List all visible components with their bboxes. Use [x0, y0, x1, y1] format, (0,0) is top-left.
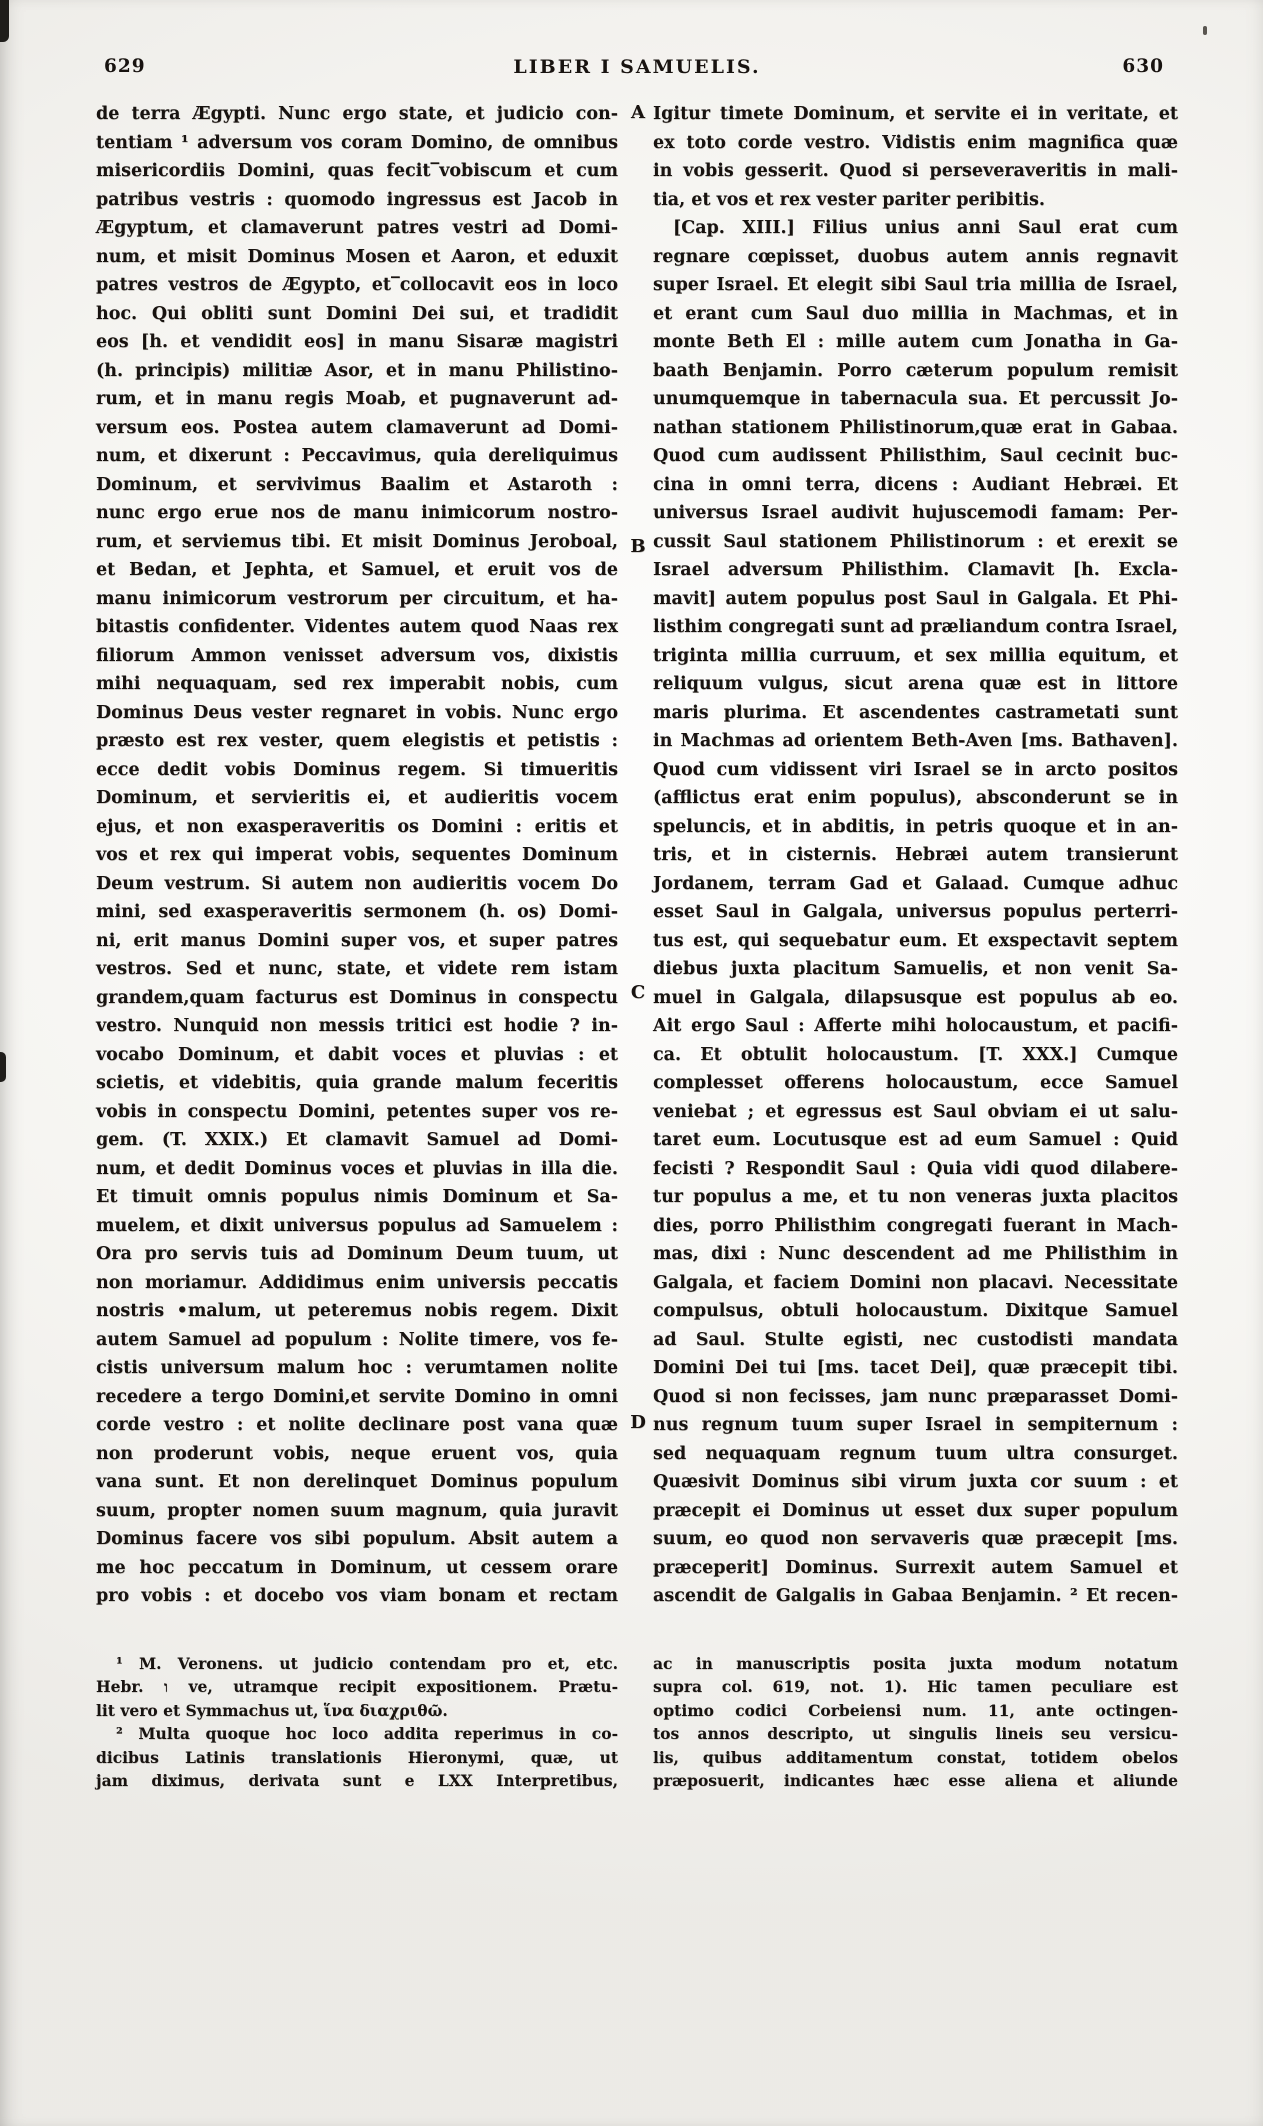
text-line: muel in Galgala, dilapsusque est populus… — [653, 984, 1178, 1013]
text-line: Quod si non fecisses, jam nunc præparass… — [653, 1383, 1178, 1412]
text-line: veniebat ; et egressus est Saul obviam e… — [653, 1098, 1178, 1127]
running-title: LIBER I SAMUELIS. — [96, 56, 1178, 78]
text-line: supra col. 619, not. 1). Hic tamen pecul… — [653, 1675, 1178, 1698]
text-line: præcepit ei Dominus ut esset dux super p… — [653, 1497, 1178, 1526]
text-line: nostris •malum, ut peteremus nobis regem… — [96, 1297, 618, 1326]
text-line: ecce dedit vobis Dominus regem. Si timue… — [96, 756, 618, 785]
column-number-right: 630 — [1122, 56, 1164, 77]
text-line: mini, sed exasperaveritis sermonem (h. o… — [96, 898, 618, 927]
text-line: num, et misit Dominus Mosen et Aaron, et… — [96, 243, 618, 272]
left-footnote-block: ¹ M. Veronens. ut judicio contendam pro … — [96, 1652, 618, 1792]
text-line: Quod cum vidissent viri Israel se in arc… — [653, 756, 1178, 785]
page-header: 629 LIBER I SAMUELIS. 630 — [96, 56, 1178, 86]
right-text-column: Igitur timete Dominum, et servite ei in … — [653, 100, 1178, 1611]
text-line: Galgala, et faciem Domini non placavi. N… — [653, 1269, 1178, 1298]
left-text-column: de terra Ægypti. Nunc ergo state, et jud… — [96, 100, 618, 1611]
text-line: recedere a tergo Domini,et servite Domin… — [96, 1383, 618, 1412]
text-line: vos et rex qui imperat vobis, sequentes … — [96, 841, 618, 870]
text-line: versum eos. Postea autem clamaverunt ad … — [96, 414, 618, 443]
text-line: lis, quibus additamentum constat, totide… — [653, 1746, 1178, 1769]
text-line: ² Multa quoque hoc loco addita reperimus… — [96, 1722, 618, 1745]
text-line: tia, et vos et rex vester pariter peribi… — [653, 186, 1178, 215]
text-line: taret eum. Locutusque est ad eum Samuel … — [653, 1126, 1178, 1155]
text-line: misericordiis Domini, quas fecit‾vobiscu… — [96, 157, 618, 186]
text-line: diebus juxta placitum Samuelis, et non v… — [653, 955, 1178, 984]
text-line: nus regnum tuum super Israel in sempiter… — [653, 1411, 1178, 1440]
text-line: non proderunt vobis, neque eruent vos, q… — [96, 1440, 618, 1469]
text-line: autem Samuel ad populum : Nolite timere,… — [96, 1326, 618, 1355]
right-footnote-block: ac in manuscriptis posita juxta modum no… — [653, 1652, 1178, 1792]
book-page-scan: 629 LIBER I SAMUELIS. 630 de terra Ægypt… — [0, 0, 1263, 2126]
text-line: in Machmas ad orientem Beth-Aven [ms. Ba… — [653, 727, 1178, 756]
text-line: vana sunt. Et non derelinquet Dominus po… — [96, 1468, 618, 1497]
text-line: vestro. Nunquid non messis tritici est h… — [96, 1012, 618, 1041]
margin-section-letter-d: D — [625, 1412, 651, 1433]
text-line: vocabo Dominum, et dabit voces et pluvia… — [96, 1041, 618, 1070]
text-line: ex toto corde vestro. Vidistis enim magn… — [653, 129, 1178, 158]
text-line: Igitur timete Dominum, et servite ei in … — [653, 100, 1178, 129]
text-line: cussit Saul stationem Philistinorum : et… — [653, 528, 1178, 557]
text-line: Dominum, et servivimus Baalim et Astarot… — [96, 471, 618, 500]
text-line: in vobis gesserit. Quod si perseveraveri… — [653, 157, 1178, 186]
text-line: maris plurima. Et ascendentes castrameta… — [653, 699, 1178, 728]
text-line: jam diximus, derivata sunt e LXX Interpr… — [96, 1769, 618, 1792]
text-line: mihi nequaquam, sed rex imperabit nobis,… — [96, 670, 618, 699]
text-line: eos [h. et vendidit eos] in manu Sisaræ … — [96, 328, 618, 357]
text-line: lit vero et Symmachus ut, ἵνα διαχριθῶ. — [96, 1699, 618, 1722]
text-line: cina in omni terra, dicens : Audiant Heb… — [653, 471, 1178, 500]
text-line: dies, porro Philisthim congregati fueran… — [653, 1212, 1178, 1241]
text-line: [Cap. XIII.] Filius unius anni Saul erat… — [653, 214, 1178, 243]
text-line: grandem,quam facturus est Dominus in con… — [96, 984, 618, 1013]
text-line: vobis in conspectu Domini, petentes supe… — [96, 1098, 618, 1127]
text-line: cistis universum malum hoc : verumtamen … — [96, 1354, 618, 1383]
text-line: super Israel. Et elegit sibi Saul tria m… — [653, 271, 1178, 300]
text-line: ¹ M. Veronens. ut judicio contendam pro … — [96, 1652, 618, 1675]
text-line: et erant cum Saul duo millia in Machmas,… — [653, 300, 1178, 329]
text-line: Hebr. ו ve, utramque recipit expositione… — [96, 1675, 618, 1698]
text-line: præposuerit, indicantes hæc esse aliena … — [653, 1769, 1178, 1792]
margin-section-letter-b: B — [625, 536, 651, 557]
text-line: reliquum vulgus, sicut arena quæ est in … — [653, 670, 1178, 699]
text-line: Quod cum audissent Philisthim, Saul ceci… — [653, 442, 1178, 471]
text-line: non moriamur. Addidimus enim universis p… — [96, 1269, 618, 1298]
text-line: rum, et serviemus tibi. Et misit Dominus… — [96, 528, 618, 557]
scan-artifact — [0, 0, 9, 42]
text-line: nunc ergo erue nos de manu inimicorum no… — [96, 499, 618, 528]
text-line: manu inimicorum vestrorum per circuitum,… — [96, 585, 618, 614]
text-line: Jordanem, terram Gad et Galaad. Cumque a… — [653, 870, 1178, 899]
text-line: universus Israel audivit hujuscemodi fam… — [653, 499, 1178, 528]
scan-artifact — [1203, 26, 1207, 35]
text-line: rum, et in manu regis Moab, et pugnaveru… — [96, 385, 618, 414]
scan-artifact — [0, 1052, 6, 1082]
text-line: nathan stationem Philistinorum,quæ erat … — [653, 414, 1178, 443]
text-line: Quæsivit Dominus sibi virum juxta cor su… — [653, 1468, 1178, 1497]
text-line: ejus, et non exasperaveritis os Domini :… — [96, 813, 618, 842]
text-line: præceperit] Dominus. Surrexit autem Samu… — [653, 1554, 1178, 1583]
text-line: ac in manuscriptis posita juxta modum no… — [653, 1652, 1178, 1675]
text-line: de terra Ægypti. Nunc ergo state, et jud… — [96, 100, 618, 129]
text-line: Deum vestrum. Si autem non audieritis vo… — [96, 870, 618, 899]
text-line: num, et dedit Dominus voces et pluvias i… — [96, 1155, 618, 1184]
text-line: baath Benjamin. Porro cæterum populum re… — [653, 357, 1178, 386]
text-line: Ait ergo Saul : Afferte mihi holocaustum… — [653, 1012, 1178, 1041]
text-line: speluncis, et in abditis, in petris quoq… — [653, 813, 1178, 842]
text-line: listhim congregati sunt ad præliandum co… — [653, 613, 1178, 642]
text-line: vestros. Sed et nunc, state, et videte r… — [96, 955, 618, 984]
text-line: scietis, et videbitis, quia grande malum… — [96, 1069, 618, 1098]
text-line: optimo codici Corbeiensi num. 11, ante o… — [653, 1699, 1178, 1722]
text-line: patres vestros de Ægypto, et‾collocavit … — [96, 271, 618, 300]
text-line: tentiam ¹ adversum vos coram Domino, de … — [96, 129, 618, 158]
text-line: Ægyptum, et clamaverunt patres vestri ad… — [96, 214, 618, 243]
text-line: gem. (T. XXIX.) Et clamavit Samuel ad Do… — [96, 1126, 618, 1155]
text-line: corde vestro : et nolite declinare post … — [96, 1411, 618, 1440]
margin-section-letter-c: C — [625, 982, 651, 1003]
text-line: ascendit de Galgalis in Gabaa Benjamin. … — [653, 1582, 1178, 1611]
text-line: mas, dixi : Nunc descendent ad me Philis… — [653, 1240, 1178, 1269]
text-line: tos annos descripto, ut singulis lineis … — [653, 1722, 1178, 1745]
text-line: sed nequaquam regnum tuum ultra consurge… — [653, 1440, 1178, 1469]
text-line: complesset offerens holocaustum, ecce Sa… — [653, 1069, 1178, 1098]
text-line: Domini Dei tui [ms. tacet Dei], quæ præc… — [653, 1354, 1178, 1383]
text-line: esset Saul in Galgala, universus populus… — [653, 898, 1178, 927]
text-line: tur populus a me, et tu non veneras juxt… — [653, 1183, 1178, 1212]
text-line: et Bedan, et Jephta, et Samuel, et eruit… — [96, 556, 618, 585]
text-line: Et timuit omnis populus nimis Dominum et… — [96, 1183, 618, 1212]
text-line: me hoc peccatum in Dominum, ut cessem or… — [96, 1554, 618, 1583]
text-line: ca. Et obtulit holocaustum. [T. XXX.] Cu… — [653, 1041, 1178, 1070]
text-line: filiorum Ammon venisset adversum vos, di… — [96, 642, 618, 671]
text-line: suum, propter nomen suum magnum, quia ju… — [96, 1497, 618, 1526]
text-line: monte Beth El : mille autem cum Jonatha … — [653, 328, 1178, 357]
text-line: pro vobis : et docebo vos viam bonam et … — [96, 1582, 618, 1611]
text-line: regnare cœpisset, duobus autem annis reg… — [653, 243, 1178, 272]
text-line: ad Saul. Stulte egisti, nec custodisti m… — [653, 1326, 1178, 1355]
text-line: hoc. Qui obliti sunt Domini Dei sui, et … — [96, 300, 618, 329]
text-line: Dominus Deus vester regnaret in vobis. N… — [96, 699, 618, 728]
text-line: suum, eo quod non servaveris quæ præcepi… — [653, 1525, 1178, 1554]
text-line: mavit] autem populus post Saul in Galgal… — [653, 585, 1178, 614]
text-line: patribus vestris : quomodo ingressus est… — [96, 186, 618, 215]
text-line: num, et dixerunt : Peccavimus, quia dere… — [96, 442, 618, 471]
text-line: Dominum, et servieritis ei, et audieriti… — [96, 784, 618, 813]
text-line: tus est, qui sequebatur eum. Et exspecta… — [653, 927, 1178, 956]
margin-section-letter-a: A — [625, 102, 651, 123]
text-line: Dominus facere vos sibi populum. Absit a… — [96, 1525, 618, 1554]
text-line: bitastis confidenter. Videntes autem quo… — [96, 613, 618, 642]
text-line: Israel adversum Philisthim. Clamavit [h.… — [653, 556, 1178, 585]
text-line: compulsus, obtuli holocaustum. Dixitque … — [653, 1297, 1178, 1326]
text-line: (h. principis) militiæ Asor, et in manu … — [96, 357, 618, 386]
text-line: dicibus Latinis translationis Hieronymi,… — [96, 1746, 618, 1769]
text-line: unumquemque in tabernacula sua. Et percu… — [653, 385, 1178, 414]
text-line: ni, erit manus Domini super vos, et supe… — [96, 927, 618, 956]
text-line: præsto est rex vester, quem elegistis et… — [96, 727, 618, 756]
text-line: (afflictus erat enim populus), absconder… — [653, 784, 1178, 813]
text-line: triginta millia curruum, et sex millia e… — [653, 642, 1178, 671]
text-line: tris, et in cisternis. Hebræi autem tran… — [653, 841, 1178, 870]
text-line: Ora pro servis tuis ad Dominum Deum tuum… — [96, 1240, 618, 1269]
text-line: muelem, et dixit universus populus ad Sa… — [96, 1212, 618, 1241]
text-line: fecisti ? Respondit Saul : Quia vidi quo… — [653, 1155, 1178, 1184]
